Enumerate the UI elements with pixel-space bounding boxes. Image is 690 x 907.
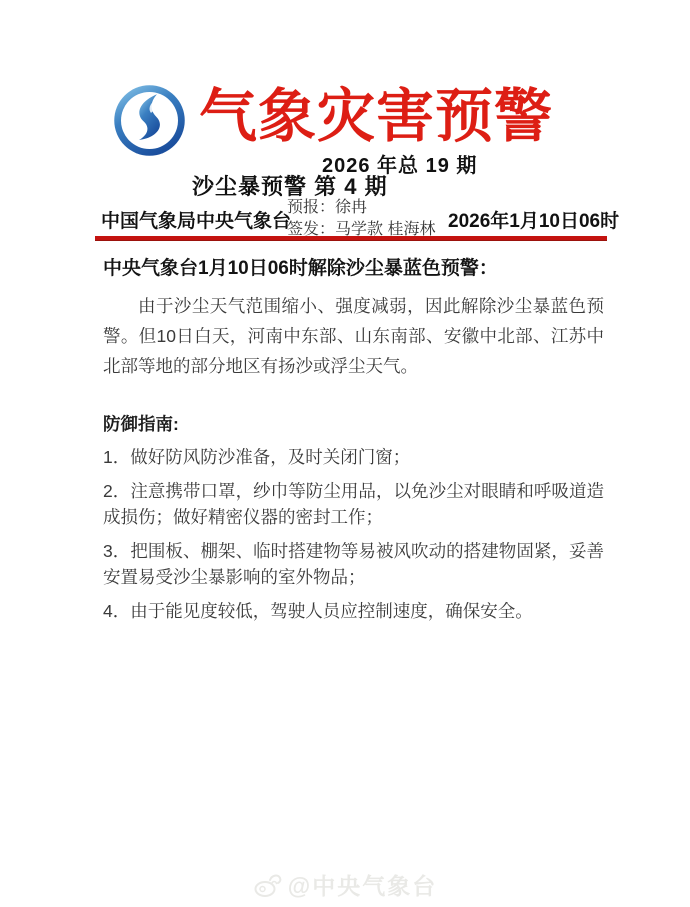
guide-item-1: 1．做好防风防沙准备，及时关闭门窗； xyxy=(103,444,604,470)
forecaster-label: 预报： xyxy=(287,199,335,216)
guide-item-2: 2．注意携带口罩，纱巾等防尘用品，以免沙尘对眼睛和呼吸道造成损伤；做好精密仪器的… xyxy=(103,478,604,530)
defense-guide-title: 防御指南: xyxy=(103,411,604,436)
weibo-watermark: @中央气象台 xyxy=(0,868,690,901)
warning-document-page: 气象灾害预警 2026 年总 19 期 沙尘暴预警 第 4 期 中国气象局中央气… xyxy=(0,0,690,907)
weibo-icon xyxy=(253,872,283,898)
guide-item-3: 3．把围板、棚架、临时搭建物等易被风吹动的搭建物固紧，妥善安置易受沙尘暴影响的室… xyxy=(103,538,604,590)
signature-block: 预报：徐冉 签发：马学款 桂海林 xyxy=(287,197,435,241)
document-title: 气象灾害预警 xyxy=(199,76,553,156)
warning-body: 中央气象台1月10日06时解除沙尘暴蓝色预警： 由于沙尘天气范围缩小、强度减弱，… xyxy=(103,253,604,624)
issuing-agency: 中国气象局中央气象台 xyxy=(101,206,291,233)
guide-item-4: 4．由于能见度较低，驾驶人员应控制速度，确保安全。 xyxy=(103,598,604,624)
warning-headline: 中央气象台1月10日06时解除沙尘暴蓝色预警： xyxy=(103,253,604,280)
forecaster-name: 徐冉 xyxy=(335,199,367,216)
watermark-text: @中央气象台 xyxy=(288,868,437,901)
warning-paragraph: 由于沙尘天气范围缩小、强度减弱，因此解除沙尘暴蓝色预警。但10日白天，河南中东部… xyxy=(103,291,604,381)
red-divider-rule xyxy=(95,236,607,241)
forecaster-row: 预报：徐冉 xyxy=(287,197,435,219)
cma-dragon-logo-icon xyxy=(112,83,187,158)
issue-datetime: 2026年1月10日06时 xyxy=(448,206,619,233)
